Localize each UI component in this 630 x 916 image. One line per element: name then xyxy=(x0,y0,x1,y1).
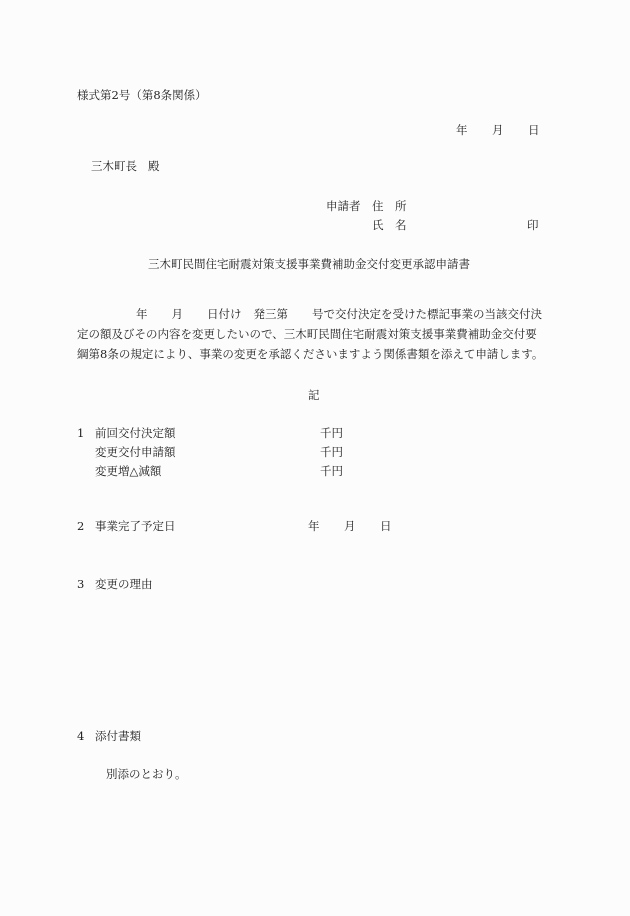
date-year: 年 xyxy=(456,123,468,137)
date-day: 日 xyxy=(528,123,540,137)
amount-unit: 千円 xyxy=(320,426,343,440)
section-label: 変更の理由 xyxy=(95,577,153,591)
amount-label: 変更交付申請額 xyxy=(95,445,176,459)
body-line-1: 年月日付け発三第号で交付決定を受けた標記事業の当該交付決 xyxy=(77,304,555,324)
addressee-honorific: 殿 xyxy=(148,159,160,173)
address-label: 住 所 xyxy=(372,199,407,213)
body-line-2: 定の額及びその内容を変更したいので、三木町民間住宅耐震対策支援事業費補助金交付要 xyxy=(77,324,555,344)
seal-mark: 印 xyxy=(527,218,539,232)
amount-unit: 千円 xyxy=(320,445,343,459)
amount-unit: 千円 xyxy=(320,464,343,478)
attachments-content: 別添のとおり。 xyxy=(106,767,187,781)
date-month: 月 xyxy=(492,123,504,137)
section-number: 4 xyxy=(77,729,84,743)
addressee-name: 三木町長 xyxy=(91,159,137,173)
date-day: 日 xyxy=(380,519,392,533)
amount-label: 変更増△減額 xyxy=(95,464,161,478)
section-label: 事業完了予定日 xyxy=(95,519,176,533)
ki-heading: 記 xyxy=(308,388,320,402)
date-month: 月 xyxy=(344,519,356,533)
document-title: 三木町民間住宅耐震対策支援事業費補助金交付変更承認申請書 xyxy=(148,257,470,271)
applicant-label: 申請者 xyxy=(326,199,361,213)
name-label: 氏 名 xyxy=(372,218,407,232)
section-number: 3 xyxy=(77,577,84,591)
form-number: 様式第2号（第8条関係） xyxy=(77,88,207,102)
section-label: 添付書類 xyxy=(95,729,141,743)
amount-label: 前回交付決定額 xyxy=(95,426,176,440)
body-paragraph: 年月日付け発三第号で交付決定を受けた標記事業の当該交付決 定の額及びその内容を変… xyxy=(77,304,555,364)
body-line-3: 綱第8条の規定により、事業の変更を承認くださいますよう関係書類を添えて申請します… xyxy=(77,344,555,364)
date-year: 年 xyxy=(308,519,320,533)
section-number: 1 xyxy=(77,426,84,440)
section-number: 2 xyxy=(77,519,84,533)
